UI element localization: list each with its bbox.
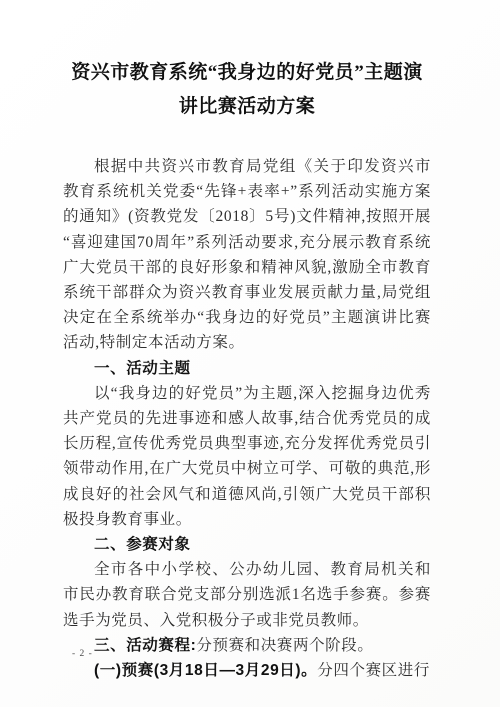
document-title-line-2: 讲比赛活动方案	[63, 90, 431, 124]
section-1-heading: 一、活动主题	[63, 356, 431, 381]
section-1-body: 以“我身边的好党员”为主题,深入挖掘身边优秀共产党员的先进事迹和感人故事,结合优…	[63, 381, 431, 532]
document-title: 资兴市教育系统“我身边的好党员”主题演 讲比赛活动方案	[63, 56, 431, 124]
page-number: - 2 -	[72, 649, 93, 659]
section-3-heading-line: 三、活动赛程:分预赛和决赛两个阶段。	[63, 633, 431, 658]
preliminary-round-line: (一)预赛(3月18日—3月29日)。分四个赛区进行	[63, 658, 431, 683]
preliminary-round-rest: 分四个赛区进行	[317, 662, 430, 679]
document-page: 资兴市教育系统“我身边的好党员”主题演 讲比赛活动方案 根据中共资兴市教育局党组…	[0, 0, 500, 707]
intro-paragraph: 根据中共资兴市教育局党组《关于印发资兴市教育系统机关党委“先锋+表率+”系列活动…	[63, 154, 431, 356]
section-2-body: 全市各中小学校、公办幼儿园、教育局机关和市民办教育联合党支部分别选派1名选手参赛…	[63, 557, 431, 633]
section-3-heading-label: 三、活动赛程:	[94, 637, 196, 654]
preliminary-round-label: (一)预赛(3月18日—3月29日)。	[94, 662, 317, 679]
section-2-heading: 二、参赛对象	[63, 532, 431, 557]
document-content: 资兴市教育系统“我身边的好党员”主题演 讲比赛活动方案 根据中共资兴市教育局党组…	[63, 56, 431, 683]
section-3-heading-rest: 分预赛和决赛两个阶段。	[196, 637, 373, 654]
document-title-line-1: 资兴市教育系统“我身边的好党员”主题演	[63, 56, 431, 90]
